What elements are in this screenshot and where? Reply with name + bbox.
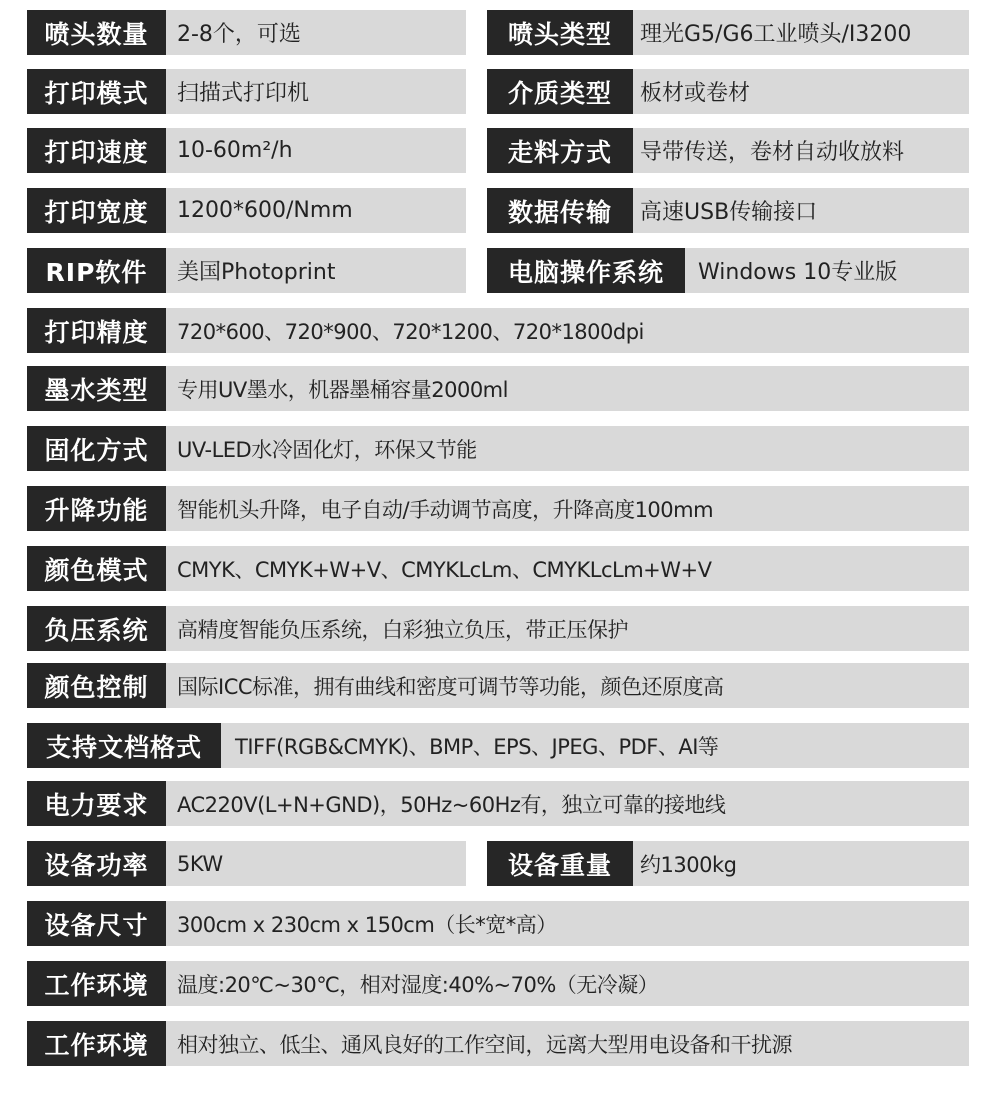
spec-computer-os: 电脑操作系统 Windows 10专业版	[487, 248, 969, 293]
spec-equipment-power: 设备功率 5KW	[27, 841, 466, 886]
spec-value: Windows 10专业版	[685, 248, 969, 293]
spec-work-environment-temp: 工作环境 温度:20℃~30℃，相对湿度:40%~70%（无冷凝）	[27, 961, 969, 1006]
spec-rip-software: RIP软件 美国Photoprint	[27, 248, 466, 293]
spec-color-control: 颜色控制 国际ICC标准，拥有曲线和密度可调节等功能，颜色还原度高	[27, 663, 969, 708]
spec-label: 墨水类型	[27, 366, 166, 411]
spec-lift-function: 升降功能 智能机头升降，电子自动/手动调节高度，升降高度100mm	[27, 486, 969, 531]
spec-label: 打印精度	[27, 308, 166, 353]
spec-label: 打印模式	[27, 69, 166, 114]
spec-value: 高速USB传输接口	[633, 188, 969, 233]
spec-label: 支持文档格式	[27, 723, 221, 768]
spec-label: 电力要求	[27, 781, 166, 826]
spec-value: 1200*600/Nmm	[166, 188, 466, 233]
spec-value: 2-8个，可选	[166, 10, 466, 55]
spec-color-mode: 颜色模式 CMYK、CMYK+W+V、CMYKLcLm、CMYKLcLm+W+V	[27, 546, 969, 591]
spec-value: 5KW	[166, 841, 466, 886]
spec-label: 介质类型	[487, 69, 633, 114]
spec-value: CMYK、CMYK+W+V、CMYKLcLm、CMYKLcLm+W+V	[166, 546, 969, 591]
spec-value: UV-LED水冷固化灯，环保又节能	[166, 426, 969, 471]
spec-value: 导带传送，卷材自动收放料	[633, 128, 969, 173]
spec-label: 设备重量	[487, 841, 633, 886]
spec-print-speed: 打印速度 10-60m²/h	[27, 128, 466, 173]
spec-label: 喷头数量	[27, 10, 166, 55]
spec-value: 扫描式打印机	[166, 69, 466, 114]
spec-data-transfer: 数据传输 高速USB传输接口	[487, 188, 969, 233]
spec-label: 升降功能	[27, 486, 166, 531]
spec-value: 相对独立、低尘、通风良好的工作空间，远离大型用电设备和干扰源	[166, 1021, 969, 1066]
spec-label: 负压系统	[27, 606, 166, 651]
spec-value: AC220V(L+N+GND)，50Hz~60Hz有，独立可靠的接地线	[166, 781, 969, 826]
spec-label: 喷头类型	[487, 10, 633, 55]
spec-value: 智能机头升降，电子自动/手动调节高度，升降高度100mm	[166, 486, 969, 531]
spec-value: 美国Photoprint	[166, 248, 466, 293]
spec-value: 温度:20℃~30℃，相对湿度:40%~70%（无冷凝）	[166, 961, 969, 1006]
spec-value: 300cm x 230cm x 150cm（长*宽*高）	[166, 901, 969, 946]
spec-file-formats: 支持文档格式 TIFF(RGB&CMYK)、BMP、EPS、JPEG、PDF、A…	[27, 723, 969, 768]
spec-label: 固化方式	[27, 426, 166, 471]
spec-value: 约1300kg	[633, 841, 969, 886]
spec-nozzle-type: 喷头类型 理光G5/G6工业喷头/I3200	[487, 10, 969, 55]
spec-value: 国际ICC标准，拥有曲线和密度可调节等功能，颜色还原度高	[166, 663, 969, 708]
spec-power-requirement: 电力要求 AC220V(L+N+GND)，50Hz~60Hz有，独立可靠的接地线	[27, 781, 969, 826]
spec-label: 打印速度	[27, 128, 166, 173]
spec-work-environment-space: 工作环境 相对独立、低尘、通风良好的工作空间，远离大型用电设备和干扰源	[27, 1021, 969, 1066]
spec-label: 走料方式	[487, 128, 633, 173]
spec-value: 专用UV墨水，机器墨桶容量2000ml	[166, 366, 969, 411]
spec-print-width: 打印宽度 1200*600/Nmm	[27, 188, 466, 233]
spec-ink-type: 墨水类型 专用UV墨水，机器墨桶容量2000ml	[27, 366, 969, 411]
spec-value: 理光G5/G6工业喷头/I3200	[633, 10, 969, 55]
spec-label: 颜色控制	[27, 663, 166, 708]
spec-label: 电脑操作系统	[487, 248, 685, 293]
spec-equipment-size: 设备尺寸 300cm x 230cm x 150cm（长*宽*高）	[27, 901, 969, 946]
spec-nozzle-count: 喷头数量 2-8个，可选	[27, 10, 466, 55]
spec-label: 颜色模式	[27, 546, 166, 591]
spec-label: 数据传输	[487, 188, 633, 233]
spec-value: 高精度智能负压系统，白彩独立负压，带正压保护	[166, 606, 969, 651]
spec-negative-pressure: 负压系统 高精度智能负压系统，白彩独立负压，带正压保护	[27, 606, 969, 651]
spec-value: TIFF(RGB&CMYK)、BMP、EPS、JPEG、PDF、AI等	[221, 723, 969, 768]
spec-print-mode: 打印模式 扫描式打印机	[27, 69, 466, 114]
spec-media-type: 介质类型 板材或卷材	[487, 69, 969, 114]
spec-label: 工作环境	[27, 961, 166, 1006]
spec-curing-method: 固化方式 UV-LED水冷固化灯，环保又节能	[27, 426, 969, 471]
spec-print-resolution: 打印精度 720*600、720*900、720*1200、720*1800dp…	[27, 308, 969, 353]
spec-value: 10-60m²/h	[166, 128, 466, 173]
spec-label: RIP软件	[27, 248, 166, 293]
spec-label: 打印宽度	[27, 188, 166, 233]
spec-label: 设备尺寸	[27, 901, 166, 946]
spec-equipment-weight: 设备重量 约1300kg	[487, 841, 969, 886]
spec-value: 板材或卷材	[633, 69, 969, 114]
spec-value: 720*600、720*900、720*1200、720*1800dpi	[166, 308, 969, 353]
spec-feed-method: 走料方式 导带传送，卷材自动收放料	[487, 128, 969, 173]
spec-label: 设备功率	[27, 841, 166, 886]
spec-label: 工作环境	[27, 1021, 166, 1066]
